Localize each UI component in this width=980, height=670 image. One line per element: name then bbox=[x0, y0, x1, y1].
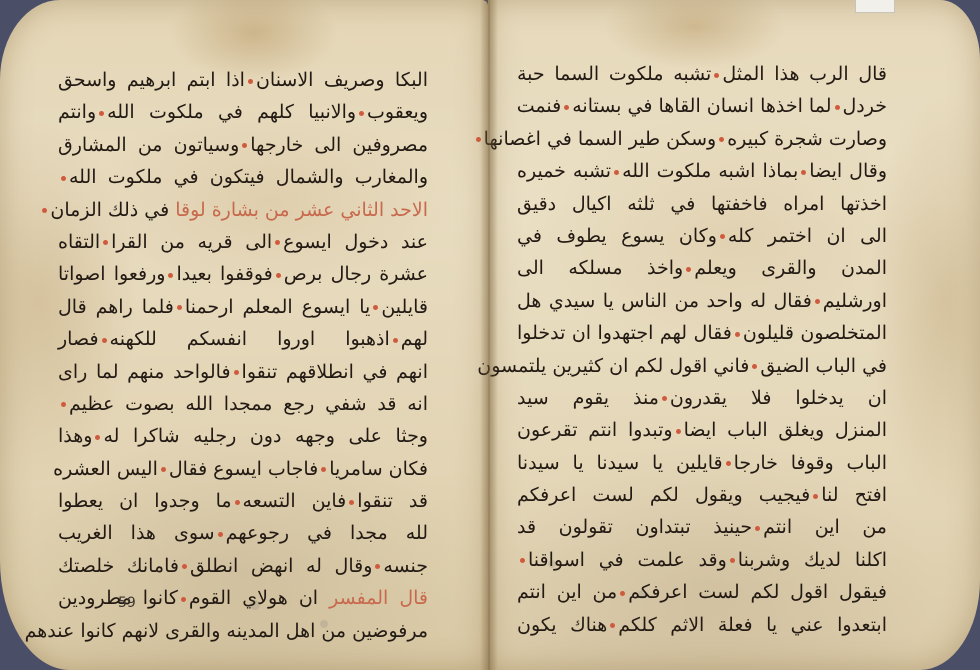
manuscript-line: مرفوضين من اهل المدينه والقرى لانهم كانو… bbox=[58, 615, 428, 647]
line-text: وجثا على وجهه دون رجليه شاكرا له bbox=[103, 425, 428, 447]
red-separator-dot bbox=[835, 105, 840, 110]
red-separator-dot bbox=[181, 597, 186, 602]
line-text: عشرة رجال برص bbox=[284, 263, 428, 285]
line-text: فيقول اقول لكم لست اعرفكم bbox=[628, 581, 887, 603]
line-text: والانبيا كلهم في ملكوت الله bbox=[107, 101, 356, 123]
line-text: افتح لنا bbox=[821, 484, 887, 506]
line-text: قد تنقوا bbox=[357, 490, 428, 512]
red-separator-dot bbox=[752, 364, 757, 369]
line-text: الى ان اختمر كله bbox=[728, 225, 887, 247]
red-separator-dot bbox=[276, 273, 281, 278]
line-text: جنسه bbox=[383, 555, 428, 577]
red-separator-dot bbox=[321, 467, 326, 472]
line-text: ان هولاي القوم bbox=[189, 587, 329, 609]
line-text: اذهبوا اوروا انفسكم للكهنه bbox=[110, 328, 390, 350]
red-separator-dot bbox=[235, 500, 240, 505]
manuscript-line: عند دخول ايسوعالى قريه من القراالتقاه bbox=[58, 226, 428, 258]
line-text: المنزل ويغلق الباب ايضا bbox=[684, 419, 887, 441]
line-text: الباب وقوفا خارجا bbox=[734, 452, 887, 474]
line-text: فاجاب ايسوع فقال bbox=[169, 458, 318, 480]
manuscript-line: قايلينيا ايسوع المعلم ارحمنافلما راهم قا… bbox=[58, 291, 428, 323]
right-page-text: قال الرب هذا المثلتشبه ملكوت السما حبةخر… bbox=[517, 58, 887, 641]
red-separator-dot bbox=[676, 429, 681, 434]
line-text: ما وجدوا ان يعطوا bbox=[58, 490, 232, 512]
red-separator-dot bbox=[815, 299, 820, 304]
red-separator-dot bbox=[686, 267, 691, 272]
manuscript-line: انه قد شفي رجع ممجدا الله بصوت عظيم bbox=[58, 388, 428, 420]
line-text: قايلين يا سيدنا يا سيدنا bbox=[517, 452, 723, 474]
manuscript-line: الباب وقوفا خارجاقايلين يا سيدنا يا سيدن… bbox=[517, 447, 887, 479]
line-text: لله مجدا في رجوعهم bbox=[226, 522, 428, 544]
manuscript-line: ويعقوبوالانبيا كلهم في ملكوت اللهوانتم bbox=[58, 96, 428, 128]
right-page: قال الرب هذا المثلتشبه ملكوت السما حبةخر… bbox=[488, 0, 980, 670]
red-separator-dot bbox=[248, 79, 253, 84]
line-text: انه قد شفي رجع ممجدا الله بصوت عظيم bbox=[69, 393, 428, 415]
manuscript-line: اورشليمفقال له واحد من الناس يا سيدي هل bbox=[517, 285, 887, 317]
red-separator-dot bbox=[61, 176, 66, 181]
red-separator-dot bbox=[375, 564, 380, 569]
manuscript-line: المدن والقرى ويعلمواخذ مسلكه الى bbox=[517, 252, 887, 284]
line-text: فالواحد منهم لما راى bbox=[58, 361, 231, 383]
line-text: تشبه خميره bbox=[517, 160, 611, 182]
line-text: وقال له انهض انطلق bbox=[190, 555, 372, 577]
red-separator-dot bbox=[95, 435, 100, 440]
red-separator-dot bbox=[520, 558, 525, 563]
line-text: يا ايسوع المعلم ارحمنا bbox=[185, 296, 370, 318]
page-marker-tab bbox=[855, 0, 895, 13]
line-text: وهذا bbox=[58, 425, 92, 447]
line-text: ان يدخلوا فلا يقدرون bbox=[670, 387, 887, 409]
line-text: من اين انتم bbox=[517, 581, 617, 603]
manuscript-line: قال المفسر ان هولاي القومكانوا مطرودين bbox=[58, 582, 428, 614]
manuscript-line: والمغارب والشمال فيتكون في ملكوت الله bbox=[58, 161, 428, 193]
red-separator-dot bbox=[813, 494, 818, 499]
line-text: بماذا اشبه ملكوت الله bbox=[622, 160, 798, 182]
manuscript-line: لهماذهبوا اوروا انفسكم للكهنهفصار bbox=[58, 323, 428, 355]
line-text: فنمت bbox=[517, 95, 561, 117]
line-text: فقال له واحد من الناس يا سيدي هل bbox=[517, 290, 812, 312]
line-text: اخذتها امراه فاخفتها في ثلثه اكيال دقيق bbox=[517, 193, 887, 215]
red-separator-dot bbox=[564, 105, 569, 110]
manuscript-line: البكا وصريف الاسناناذا ابتم ابرهيم واسحق bbox=[58, 64, 428, 96]
red-separator-dot bbox=[726, 461, 731, 466]
manuscript-line: قد تنقوافاين التسعهما وجدوا ان يعطوا bbox=[58, 485, 428, 517]
manuscript-line: مصروفين الى خارجهاوسياتون من المشارق bbox=[58, 129, 428, 161]
manuscript-line: افتح لنافيجيب ويقول لكم لست اعرفكم bbox=[517, 479, 887, 511]
red-separator-dot bbox=[182, 564, 187, 569]
line-text: اليس العشره bbox=[53, 458, 158, 480]
manuscript-line: المتخلصون قليلونفقال لهم اجتهدوا ان تدخل… bbox=[517, 317, 887, 349]
line-text: وسياتون من المشارق bbox=[58, 134, 239, 156]
line-text: ويعقوب bbox=[367, 101, 428, 123]
manuscript-line: انهم في انطلاقهم تنقوافالواحد منهم لما ر… bbox=[58, 356, 428, 388]
line-text: تشبه ملكوت السما حبة bbox=[517, 63, 711, 85]
red-separator-dot bbox=[359, 111, 364, 116]
folio-number: 59 bbox=[118, 595, 136, 611]
red-separator-dot bbox=[177, 305, 182, 310]
line-text: لهم bbox=[401, 328, 428, 350]
red-separator-dot bbox=[610, 623, 615, 628]
book-gutter bbox=[480, 0, 498, 670]
red-separator-dot bbox=[801, 170, 806, 175]
left-page-text: البكا وصريف الاسناناذا ابتم ابرهيم واسحق… bbox=[58, 64, 428, 647]
red-separator-dot bbox=[755, 526, 760, 531]
line-text: التقاه bbox=[58, 231, 100, 253]
manuscript-line: فكان سامريافاجاب ايسوع فقالاليس العشره bbox=[58, 453, 428, 485]
red-separator-dot bbox=[719, 137, 724, 142]
red-separator-dot bbox=[103, 240, 108, 245]
line-text: قال الرب هذا المثل bbox=[722, 63, 887, 85]
line-text: لما اخذها انسان القاها في بستانه bbox=[572, 95, 831, 117]
line-text: مصروفين الى خارجها bbox=[250, 134, 428, 156]
red-separator-dot bbox=[242, 143, 247, 148]
open-manuscript: البكا وصريف الاسناناذا ابتم ابرهيم واسحق… bbox=[0, 0, 980, 670]
manuscript-line: اكلنا لديك وشربناوقد علمت في اسواقنا bbox=[517, 544, 887, 576]
line-text: من اين انتم bbox=[763, 516, 887, 538]
manuscript-line: الى ان اختمر كلهوكان يسوع يطوف في bbox=[517, 220, 887, 252]
red-separator-dot bbox=[218, 532, 223, 537]
line-text: المدن والقرى ويعلم bbox=[694, 257, 887, 279]
line-text: وسكن طير السما في اغصانها bbox=[484, 128, 717, 150]
red-separator-dot bbox=[168, 273, 173, 278]
line-text: والمغارب والشمال فيتكون في ملكوت الله bbox=[69, 166, 428, 188]
line-text: وتبدوا انتم تقرعون bbox=[517, 419, 673, 441]
manuscript-line: لله مجدا في رجوعهمسوى هذا الغريب bbox=[58, 517, 428, 549]
rubric-heading: قال المفسر bbox=[329, 587, 428, 609]
line-text: هناك يكون bbox=[517, 614, 607, 636]
line-text: واخذ مسلكه الى bbox=[517, 257, 683, 279]
manuscript-line: فيقول اقول لكم لست اعرفكممن اين انتم bbox=[517, 576, 887, 608]
line-text: في ذلك الزمان bbox=[50, 199, 175, 221]
manuscript-line: وصارت شجرة كبيرهوسكن طير السما في اغصانه… bbox=[517, 123, 887, 155]
red-separator-dot bbox=[735, 332, 740, 337]
line-text: وقد علمت في اسواقنا bbox=[528, 549, 727, 571]
line-text: سوى هذا الغريب bbox=[58, 522, 215, 544]
red-separator-dot bbox=[393, 338, 398, 343]
line-text: عند دخول ايسوع bbox=[283, 231, 428, 253]
red-separator-dot bbox=[161, 467, 166, 472]
manuscript-line: ابتعدوا عني يا فعلة الاثم كلكمهناك يكون bbox=[517, 609, 887, 641]
line-text: اذا ابتم ابرهيم واسحق bbox=[58, 69, 245, 91]
manuscript-line: المنزل ويغلق الباب ايضاوتبدوا انتم تقرعو… bbox=[517, 414, 887, 446]
line-text: فاني اقول لكم ان كثيرين يلتمسون bbox=[477, 355, 749, 377]
line-text: ورفعوا اصواتا bbox=[58, 263, 165, 285]
red-separator-dot bbox=[730, 558, 735, 563]
red-separator-dot bbox=[349, 500, 354, 505]
rubric-heading: الاحد الثاني عشر من بشارة لوقا bbox=[175, 199, 428, 221]
manuscript-line: خردللما اخذها انسان القاها في بستانهفنمت bbox=[517, 90, 887, 122]
line-text: فيجيب ويقول لكم لست اعرفكم bbox=[517, 484, 810, 506]
line-text: فوقفوا بعيدا bbox=[176, 263, 272, 285]
line-text: فصار bbox=[58, 328, 99, 350]
line-text: المتخلصون قليلون bbox=[743, 322, 887, 344]
manuscript-line: قال الرب هذا المثلتشبه ملكوت السما حبة bbox=[517, 58, 887, 90]
manuscript-line: جنسهوقال له انهض انطلقفامانك خلصتك bbox=[58, 550, 428, 582]
red-separator-dot bbox=[99, 111, 104, 116]
line-text: وقال ايضا bbox=[809, 160, 887, 182]
line-text: اورشليم bbox=[823, 290, 887, 312]
manuscript-line: وقال ايضابماذا اشبه ملكوت اللهتشبه خميره bbox=[517, 155, 887, 187]
left-page: البكا وصريف الاسناناذا ابتم ابرهيم واسحق… bbox=[0, 0, 488, 670]
line-text: ابتعدوا عني يا فعلة الاثم كلكم bbox=[618, 614, 887, 636]
line-text: فقال لهم اجتهدوا ان تدخلوا bbox=[517, 322, 732, 344]
line-text: منذ يقوم سيد bbox=[517, 387, 659, 409]
red-separator-dot bbox=[61, 402, 66, 407]
line-text: فلما راهم قال bbox=[58, 296, 174, 318]
red-separator-dot bbox=[662, 396, 667, 401]
red-separator-dot bbox=[373, 305, 378, 310]
line-text: حينيذ تبتداون تقولون قد bbox=[517, 516, 752, 538]
line-text: اكلنا لديك وشربنا bbox=[738, 549, 887, 571]
line-text: فامانك خلصتك bbox=[58, 555, 179, 577]
line-text: وانتم bbox=[58, 101, 96, 123]
line-text: قايلين bbox=[381, 296, 428, 318]
manuscript-line: اخذتها امراه فاخفتها في ثلثه اكيال دقيق bbox=[517, 188, 887, 220]
line-text: البكا وصريف الاسنان bbox=[256, 69, 428, 91]
line-text: وصارت شجرة كبيره bbox=[727, 128, 887, 150]
line-text: انهم في انطلاقهم تنقوا bbox=[242, 361, 428, 383]
line-text: مرفوضين من اهل المدينه والقرى لانهم كانو… bbox=[25, 620, 428, 642]
red-separator-dot bbox=[102, 338, 107, 343]
line-text: فاين التسعه bbox=[243, 490, 347, 512]
red-separator-dot bbox=[275, 240, 280, 245]
line-text: وكان يسوع يطوف في bbox=[517, 225, 717, 247]
manuscript-line: ان يدخلوا فلا يقدرونمنذ يقوم سيد bbox=[517, 382, 887, 414]
red-separator-dot bbox=[714, 73, 719, 78]
red-separator-dot bbox=[620, 591, 625, 596]
line-text: فكان سامريا bbox=[329, 458, 428, 480]
manuscript-line: في الباب الضيقفاني اقول لكم ان كثيرين يل… bbox=[517, 350, 887, 382]
red-separator-dot bbox=[614, 170, 619, 175]
manuscript-line: من اين انتمحينيذ تبتداون تقولون قد bbox=[517, 511, 887, 543]
line-text: في الباب الضيق bbox=[760, 355, 887, 377]
red-separator-dot bbox=[42, 208, 47, 213]
line-text: الى قريه من القرا bbox=[111, 231, 272, 253]
line-text: خردل bbox=[843, 95, 888, 117]
manuscript-line: عشرة رجال برصفوقفوا بعيداورفعوا اصواتا bbox=[58, 258, 428, 290]
manuscript-line: الاحد الثاني عشر من بشارة لوقا في ذلك ال… bbox=[58, 194, 428, 226]
red-separator-dot bbox=[720, 234, 725, 239]
red-separator-dot bbox=[234, 370, 239, 375]
manuscript-line: وجثا على وجهه دون رجليه شاكرا لهوهذا bbox=[58, 420, 428, 452]
